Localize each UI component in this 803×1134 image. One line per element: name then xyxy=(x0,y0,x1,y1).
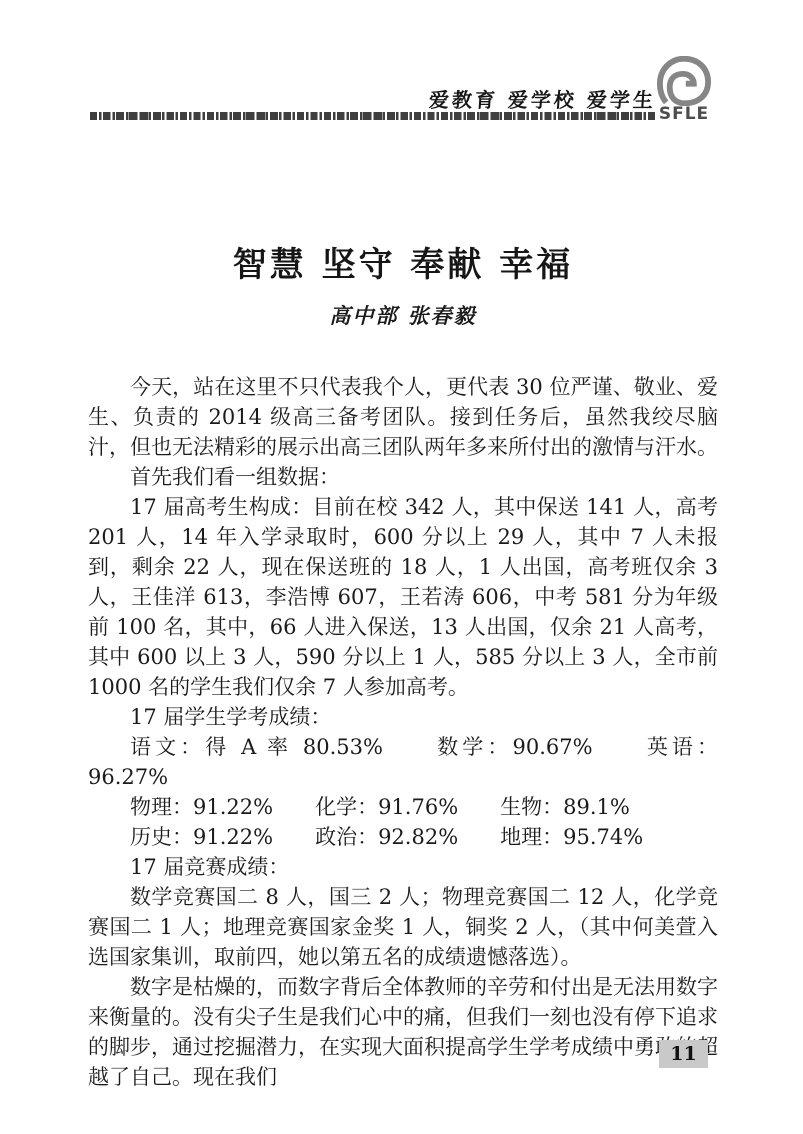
paragraph: 17 届学生学考成绩： xyxy=(88,702,718,732)
page-number-badge: 11 xyxy=(659,1040,708,1068)
header-slogan: 爱教育 爱学校 爱学生 xyxy=(399,84,657,113)
page-title: 智慧 坚守 奉献 幸福 xyxy=(88,237,718,286)
paragraph: 数字是枯燥的，而数字背后全体教师的辛劳和付出是无法用数字来衡量的。没有尖子生是我… xyxy=(88,972,718,1092)
sfle-logo-icon xyxy=(657,56,711,106)
paragraph: 17 届高考生构成：目前在校 342 人，其中保送 141 人，高考 201 人… xyxy=(88,492,718,702)
paragraph: 首先我们看一组数据： xyxy=(88,462,718,492)
byline: 高中部 张春毅 xyxy=(88,300,718,330)
paragraph: 今天，站在这里不只代表我个人，更代表 30 位严谨、敬业、爱生、负责的 2014… xyxy=(88,372,718,462)
sfle-logo-text: SFLE xyxy=(650,104,718,124)
paragraph: 17 届竞赛成绩： xyxy=(88,852,718,882)
paragraph: 历史：91.22% 政治：92.82% 地理：95.74% xyxy=(88,822,718,852)
article: 智慧 坚守 奉献 幸福 高中部 张春毅 今天，站在这里不只代表我个人，更代表 3… xyxy=(88,237,718,1092)
paragraph: 语文：得 A 率 80.53% 数学：90.67% 英语：96.27% xyxy=(88,732,718,792)
sfle-logo: SFLE xyxy=(650,56,718,124)
document-page: 爱教育 爱学校 爱学生 SFLE 智慧 坚守 奉献 幸福 高中部 张春毅 今天，… xyxy=(0,0,803,1134)
article-body: 今天，站在这里不只代表我个人，更代表 30 位严谨、敬业、爱生、负责的 2014… xyxy=(88,372,718,1092)
paragraph: 物理：91.22% 化学：91.76% 生物：89.1% xyxy=(88,792,718,822)
barcode-divider-line xyxy=(90,112,655,120)
paragraph: 数学竞赛国二 8 人，国三 2 人；物理竞赛国二 12 人，化学竞赛国二 1 人… xyxy=(88,882,718,972)
